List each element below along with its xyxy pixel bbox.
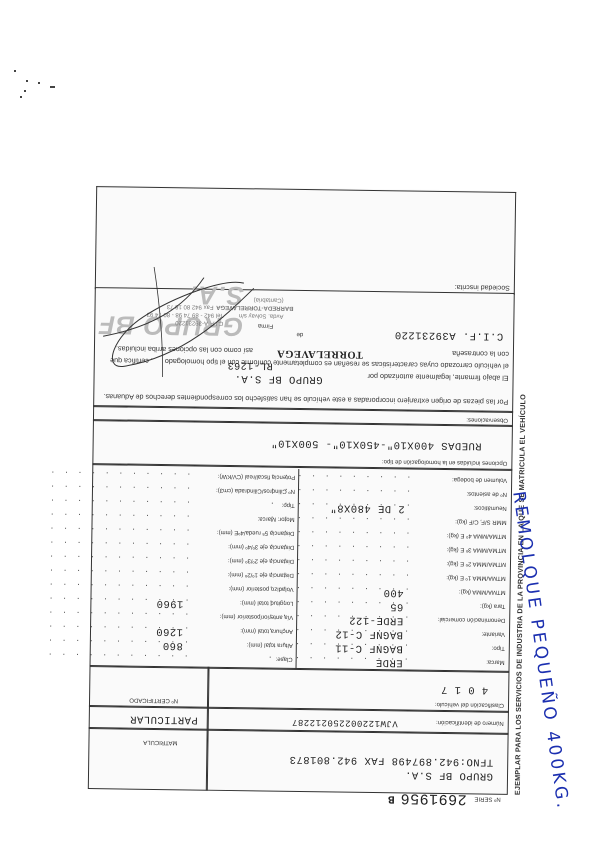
field-value: ERDE [375, 656, 402, 668]
field-label: MTMA/MMA 1º E (kg): [446, 574, 506, 581]
declaration-authorized-prefix: El abajo firmante, legalmente autorizado… [367, 371, 508, 384]
field-label: Motor: Marca: [258, 515, 295, 522]
field-label: Marca: [486, 659, 504, 665]
field-label: Altura total (mm): [247, 641, 293, 648]
technical-data-box: Marca:. . . . . . . . . . .ERDETipo:. . … [90, 463, 513, 673]
matricula-value-box: PARTICULAR [89, 705, 209, 731]
field-label: Tara (kg): [480, 602, 505, 608]
matricula-value: PARTICULAR [130, 713, 198, 726]
field-label: Distancia eje 3º/4º (mm): [228, 543, 294, 550]
options-box: Opciones incluidas en la homologación de… [92, 419, 513, 471]
field-label: Potencia fiscal/real (CV/KW): [218, 473, 295, 480]
field-label: Nº de asientos: [466, 490, 507, 497]
field-label: Tipo: [282, 502, 295, 508]
field-value: BAGNF C-12 [335, 627, 403, 640]
field-label: Distancia eje 1º/2º (mm): [228, 571, 294, 578]
field-label: Neumáticos: [473, 504, 506, 510]
contrasena-label: con la contraseña [452, 348, 509, 360]
field-label: Distancia 5ª rueda/4ºE (mm): [217, 529, 295, 536]
field-dots: . . . . . . . . . . . [46, 608, 189, 619]
field-value: 1260 [156, 625, 183, 637]
field-label: Denominación comercial: [438, 616, 505, 623]
observaciones-label: Observaciones: [466, 416, 508, 423]
field-label: Longitud total (mm): [240, 599, 293, 606]
field-value: 65 [390, 600, 404, 612]
field-value: 1960 [156, 597, 183, 609]
field-value: 860 [162, 639, 183, 651]
field-label: Anchura total (mm): [240, 627, 293, 634]
certificado-box: Nº CERTIFICADO [89, 665, 210, 709]
declaration-box: Por las piezas de origen extranjero inco… [93, 287, 515, 413]
field-dots: . . . . . . . . . . . [46, 650, 189, 661]
field-dots: . . . . . . . . . . . [47, 580, 190, 591]
options-value: RUEDAS 400X10"-450X10"- 500X10" [271, 437, 482, 452]
field-label: Nº Cilindros/Cilindrada (cm3): [216, 487, 295, 494]
field-label: MTMA/MMA 3º E (kg): [447, 546, 507, 553]
classification-value: 4 0 1 7 [441, 683, 489, 696]
field-value: ERDE-122 [349, 614, 404, 627]
serie-suffix: B [388, 792, 395, 804]
cif: C.I.F. A39231220 [394, 328, 503, 342]
identification-value: VJW122002250212287 [291, 717, 397, 728]
field-dots: . . . . . . . . . . . [47, 552, 190, 563]
sociedad-box: Sociedad inscrita: [95, 186, 516, 295]
options-label: Opciones incluidas en la homologación de… [382, 458, 507, 466]
classification-box: Clasificación del vehículo: 4 0 1 7 [207, 667, 510, 713]
serie-label: Nº SERIE [474, 795, 500, 801]
place: TORRELAVEGA [277, 348, 363, 360]
field-label: Volumen de bodega: [452, 476, 507, 483]
field-dots: . . . . . . . . . . . [48, 496, 191, 507]
issuer-box: Nº SERIE 2691956 B GRUPO BF S.A. TFNO:94… [206, 729, 509, 795]
scan-noise-marks [14, 66, 64, 96]
vehicle-certificate-form: EJEMPLAR PARA LOS SERVICIOS DE INDUSTRIA… [88, 185, 516, 795]
field-dots: . . . . . . . . . . . [47, 538, 190, 549]
field-dots: . . . . . . . . . . . [48, 510, 191, 521]
issuer-contact: TFNO:942.897498 FAX 942.801873 [289, 753, 493, 768]
sociedad-label: Sociedad inscrita: [455, 283, 510, 291]
field-label: Variante: [481, 631, 505, 637]
field-value: BAGNF C-11 [335, 641, 403, 654]
declaration-customs: Por las piezas de origen extranjero inco… [98, 391, 508, 408]
matricula-box: MATRICULA [88, 727, 209, 791]
certificado-label: Nº CERTIFICADO [129, 697, 178, 704]
field-label: Vía anterior/posterior (mm): [220, 613, 293, 620]
field-label: Voladizo posterior (mm): [229, 585, 294, 592]
field-label: Tipo: [492, 645, 505, 651]
handwritten-note: REMOLQUE PEQUEÑO 400KG. [528, 490, 568, 790]
serie-number: 2691956 [400, 789, 467, 807]
field-value: 2 DE 480X8" [330, 501, 405, 514]
field-dots: . . . . . . . . . . . [48, 468, 191, 479]
field-dots: . . . . . . . . . . . [48, 482, 191, 493]
field-label: MTMA/MMA 4º E (kg): [447, 532, 507, 539]
field-dots: . . . . . . . . . . . [48, 524, 191, 535]
de-label: de [296, 331, 303, 337]
field-dots: . . . . . . . . . . . [47, 566, 190, 577]
field-label: Distancia eje 2º/3º (mm): [228, 557, 294, 564]
field-label: MMR S/F, C/F (kg): [455, 518, 506, 525]
identification-label: Número de identificación: [436, 719, 504, 726]
field-label: Clase: [276, 656, 293, 662]
classification-label: Clasificación del vehículo: [435, 701, 504, 708]
field-value: 400 [383, 586, 404, 598]
field-label: MTMA/MMA 2º E (kg): [446, 560, 506, 567]
matricula-label: MATRICULA [143, 739, 177, 745]
field-label: MTMA/MMA (kg): [459, 588, 506, 595]
issuer-name: GRUPO BF S.A. [405, 768, 494, 781]
